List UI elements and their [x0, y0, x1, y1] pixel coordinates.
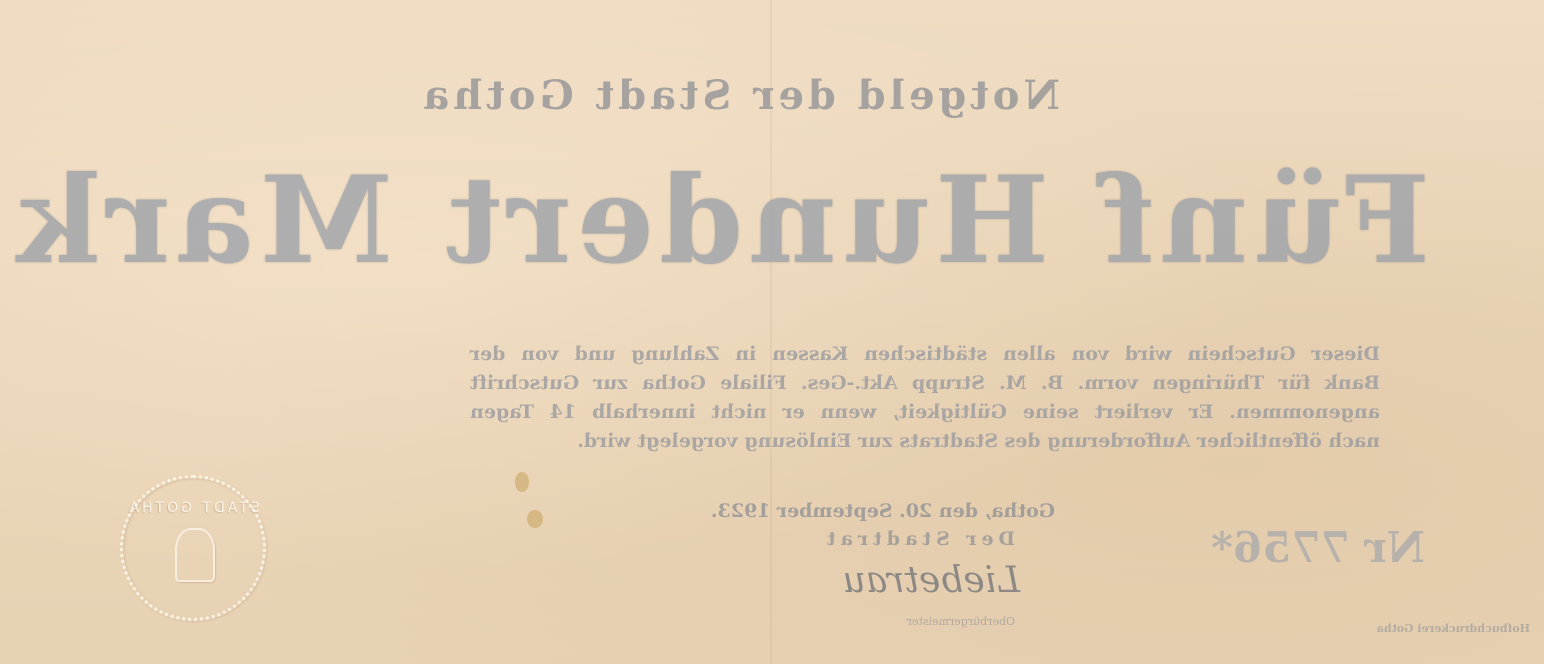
serial-number: Nr 7756*: [1195, 523, 1425, 572]
embossed-seal: STADT GOTHA: [120, 475, 266, 621]
signature: Liebetrau: [820, 560, 1020, 601]
redemption-line: Dieser Gutschein wird von allen städtisc…: [470, 340, 1380, 369]
stain: [515, 472, 529, 492]
redemption-line: Bank für Thüringen vorm. B. M. Strupp Ak…: [470, 369, 1380, 398]
seal-text: STADT GOTHA: [123, 500, 263, 516]
issuer-council: Der Stadtrat: [815, 528, 1015, 550]
printer-imprint: Hofbuchdruckerei Gotha: [1330, 622, 1530, 635]
banknote-reverse: Notgeld der Stadt Gotha Fünf Hundert Mar…: [0, 0, 1544, 664]
signature-title: Oberbürgermeister: [855, 615, 1015, 628]
denomination-title: Fünf Hundert Mark: [430, 150, 1430, 291]
redemption-line: angenommen. Er verliert seine Gültigkeit…: [470, 398, 1380, 427]
seal-emblem-icon: [175, 528, 215, 582]
redemption-line: nach öffentlicher Aufforderung des Stadt…: [470, 427, 1380, 456]
stain: [527, 510, 543, 528]
issue-date: Gotha, den 20. September 1923.: [735, 500, 1055, 522]
issuer-heading: Notgeld der Stadt Gotha: [560, 72, 1060, 119]
redemption-text: Dieser Gutschein wird von allen städtisc…: [470, 340, 1380, 456]
